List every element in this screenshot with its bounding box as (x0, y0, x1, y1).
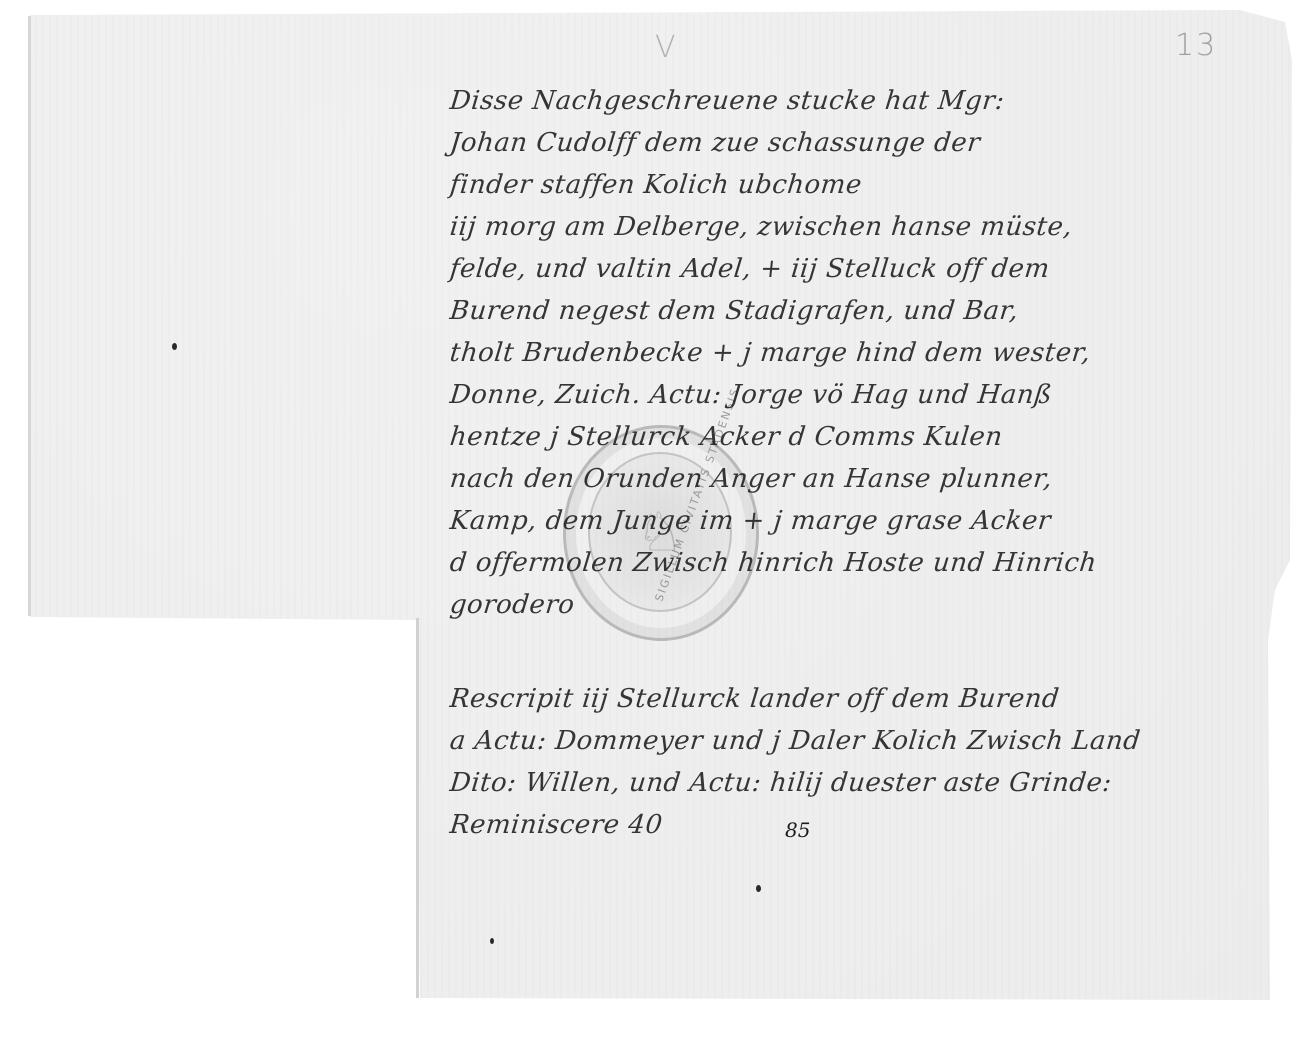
text-line: d offermolen Zwisch hinrich Hoste und Hi… (448, 542, 1232, 584)
ink-speck (756, 885, 761, 892)
ink-speck (172, 343, 177, 350)
text-line: Burend negest dem Stadigrafen, und Bar, (448, 290, 1232, 332)
text-line: Reminiscere 40 (448, 804, 1232, 846)
paper-left-edge (28, 16, 31, 616)
pencil-reference-mark: V (655, 30, 676, 65)
page-number-annotation: 85 (785, 818, 810, 842)
text-line: Disse Nachgeschreuene stucke hat Mgr: (448, 80, 1232, 122)
text-line: gorodero (448, 584, 1232, 626)
ink-speck (490, 938, 494, 944)
paragraph-gap (450, 626, 1230, 678)
text-line: felde, und valtin Adel, + iij Stelluck o… (448, 248, 1232, 290)
text-line: iij morg am Delberge, zwischen hanse müs… (448, 206, 1232, 248)
paper-lower-left-edge (416, 618, 419, 998)
text-line: Johan Cudolff dem zue schassunge der (448, 122, 1232, 164)
text-line: Kamp, dem Junge im + j marge grase Acker (448, 500, 1232, 542)
text-line: a Actu: Dommeyer und j Daler Kolich Zwis… (448, 720, 1232, 762)
text-line: Rescripit iij Stellurck lander off dem B… (448, 678, 1232, 720)
text-line: Donne, Zuich. Actu: Jorge vö Hag und Han… (448, 374, 1232, 416)
scanned-manuscript: V 13 ♘ SIGILLUM CIVITATIS STADENSIS Diss… (0, 0, 1304, 1042)
text-line: finder staffen Kolich ubchome (448, 164, 1232, 206)
text-line: tholt Brudenbecke + j marge hind dem wes… (448, 332, 1232, 374)
text-line: Dito: Willen, und Actu: hilij duester as… (448, 762, 1232, 804)
folio-number: 13 (1175, 28, 1217, 63)
text-line: nach den Orunden Anger an Hanse plunner, (448, 458, 1232, 500)
manuscript-text: Disse Nachgeschreuene stucke hat Mgr: Jo… (450, 80, 1230, 846)
text-line: hentze j Stellurck Acker d Comms Kulen (448, 416, 1232, 458)
